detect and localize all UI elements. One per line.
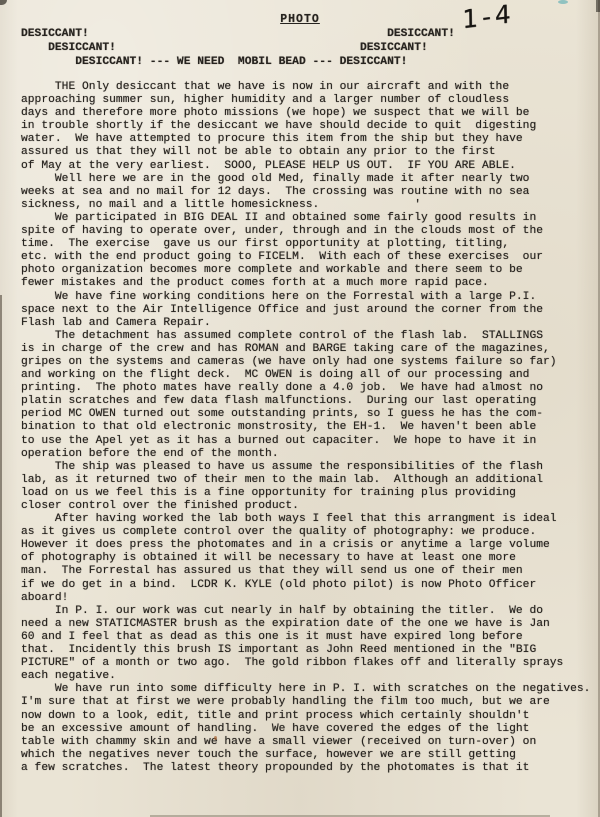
- paragraph-ship-pleased: The ship was pleased to have us assume t…: [21, 461, 599, 513]
- document-body: THE Only desiccant that we have is now i…: [21, 81, 599, 775]
- paragraph-working-conditions: We have fine working conditions here on …: [21, 291, 599, 330]
- scanned-document-page: 1-4 PHOTO DESICCANT! DESICCANT! DESICCAN…: [0, 0, 600, 817]
- page-title: PHOTO: [0, 13, 600, 26]
- paragraph-big-deal-ii: We participated in BIG DEAL II and obtai…: [21, 212, 599, 291]
- scan-corner-top-left-artifact: [0, 0, 7, 5]
- scan-corner-top-right-artifact: [596, 0, 600, 12]
- paragraph-lab-arrangement: After having worked the lab both ways I …: [21, 513, 599, 605]
- paragraph-staticmaster-brush: In P. I. our work was cut nearly in half…: [21, 605, 599, 684]
- scan-edge-left-artifact: [0, 295, 2, 817]
- paragraph-flash-lab-crew: The detachment has assumed complete cont…: [21, 330, 599, 461]
- paragraph-crossing: Well here we are in the good old Med, fi…: [21, 173, 599, 212]
- scan-teal-mark-artifact: [558, 0, 568, 4]
- paragraph-negative-scratches: We have run into some difficulty here in…: [21, 683, 599, 775]
- desiccant-plea-header: DESICCANT! DESICCANT! DESICCANT! DESICCA…: [21, 27, 455, 70]
- paragraph-desiccant-need: THE Only desiccant that we have is now i…: [21, 81, 599, 173]
